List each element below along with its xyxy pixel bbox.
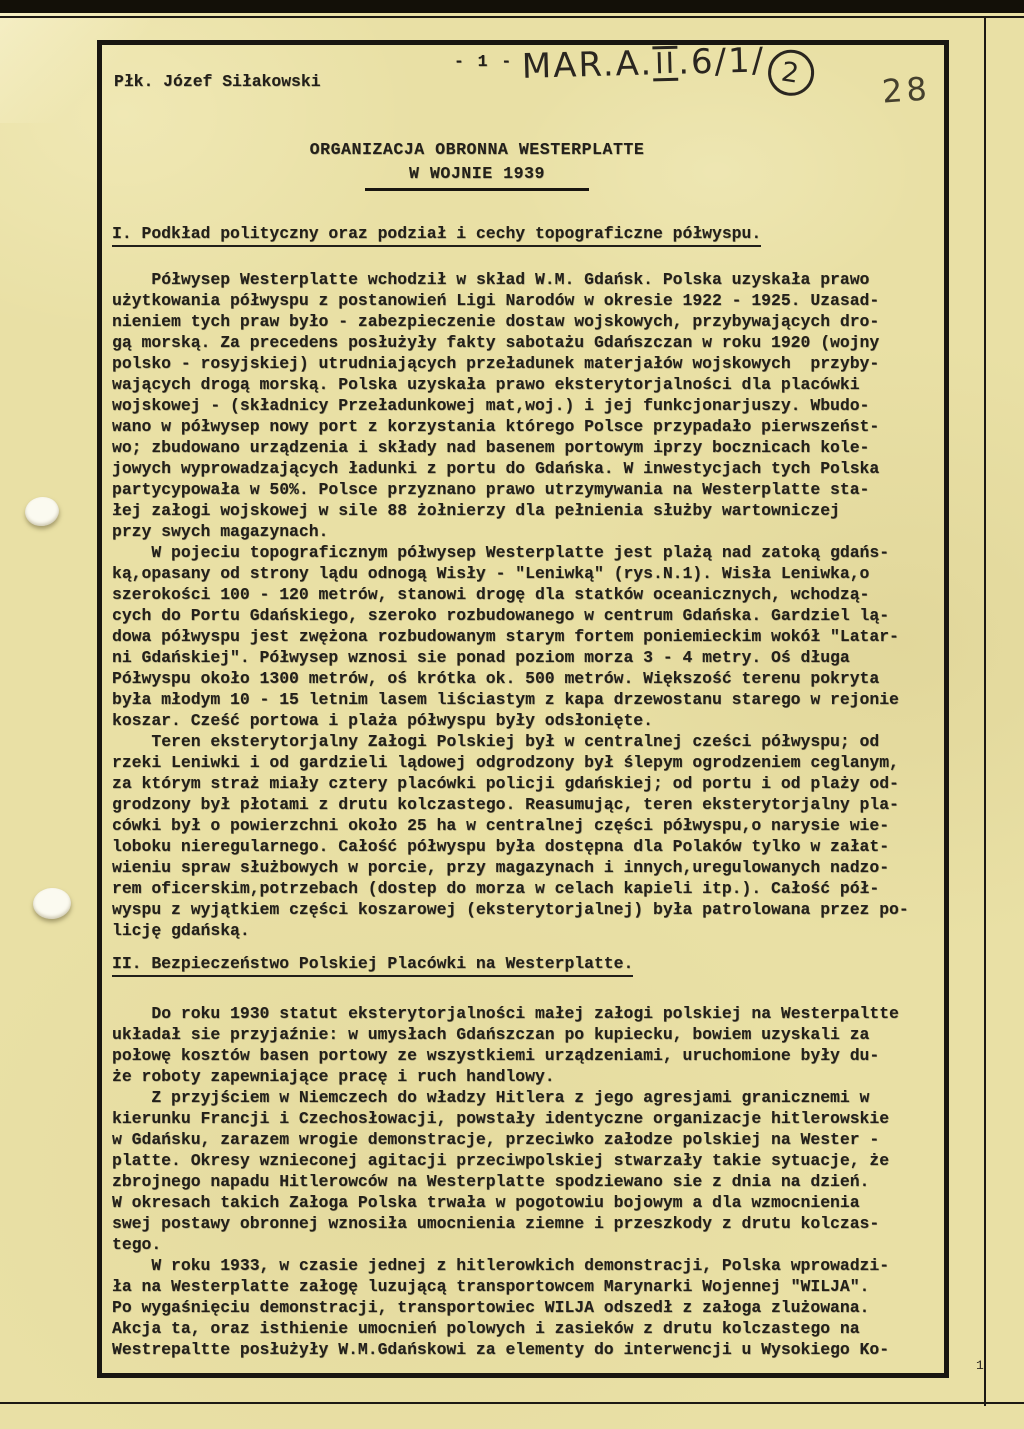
paragraph: Z przyjściem w Niemczech do władzy Hitle… (112, 1087, 928, 1255)
paragraph: Półwysep Westerplatte wchodził w skład W… (112, 269, 928, 542)
scan-top-edge (0, 0, 1024, 13)
outer-border-top (0, 16, 1024, 18)
margin-mark: 1 (976, 1358, 984, 1373)
document-subtitle: W WOJNIE 1939 (365, 162, 589, 191)
document-title-block: ORGANIZACJA OBRONNA WESTERPLATTE W WOJNI… (112, 137, 842, 191)
document-body: ORGANIZACJA OBRONNA WESTERPLATTE W WOJNI… (102, 45, 944, 1360)
archival-note-prefix: MAR.A. (521, 43, 653, 86)
author-line: Płk. Józef Siłakowski (114, 72, 321, 91)
section-1-heading: I. Podkład polityczny oraz podział i cec… (112, 223, 761, 247)
section-2-heading: II. Bezpieczeństwo Polskiej Placówki na … (112, 953, 633, 977)
punch-hole-top (23, 495, 61, 528)
page-content: Płk. Józef Siłakowski - 1 - MAR.A.II.6/1… (102, 45, 944, 1373)
archival-note-suffix: .6/1/ (678, 40, 766, 82)
archival-roman-numeral: II (653, 46, 679, 82)
paragraph: W roku 1933, w czasie jednej z hitlerowk… (112, 1255, 928, 1360)
paragraph: Do roku 1930 statut eksterytorjalności m… (112, 1003, 928, 1087)
page-number: - 1 - (454, 52, 513, 71)
section-2-heading-row: II. Bezpieczeństwo Polskiej Placówki na … (112, 953, 928, 977)
page-frame: Płk. Józef Siłakowski - 1 - MAR.A.II.6/1… (97, 40, 949, 1378)
section-1-heading-row: I. Podkład polityczny oraz podział i cec… (112, 223, 928, 247)
corner-page-number: 28 (881, 69, 932, 110)
punch-hole-bottom (32, 887, 72, 921)
paragraph: W pojeciu topograficznym półwysep Wester… (112, 542, 928, 731)
circled-number: 2 (765, 46, 817, 98)
outer-border-bottom (0, 1402, 1024, 1404)
handwritten-archival-note: MAR.A.II.6/1/2 (521, 39, 815, 102)
scanned-document-page: Płk. Józef Siłakowski - 1 - MAR.A.II.6/1… (0, 0, 1024, 1429)
document-title: ORGANIZACJA OBRONNA WESTERPLATTE (112, 137, 842, 162)
paragraph: Teren eksterytorjalny Załogi Polskiej by… (112, 731, 928, 941)
outer-border-right (984, 16, 986, 1406)
